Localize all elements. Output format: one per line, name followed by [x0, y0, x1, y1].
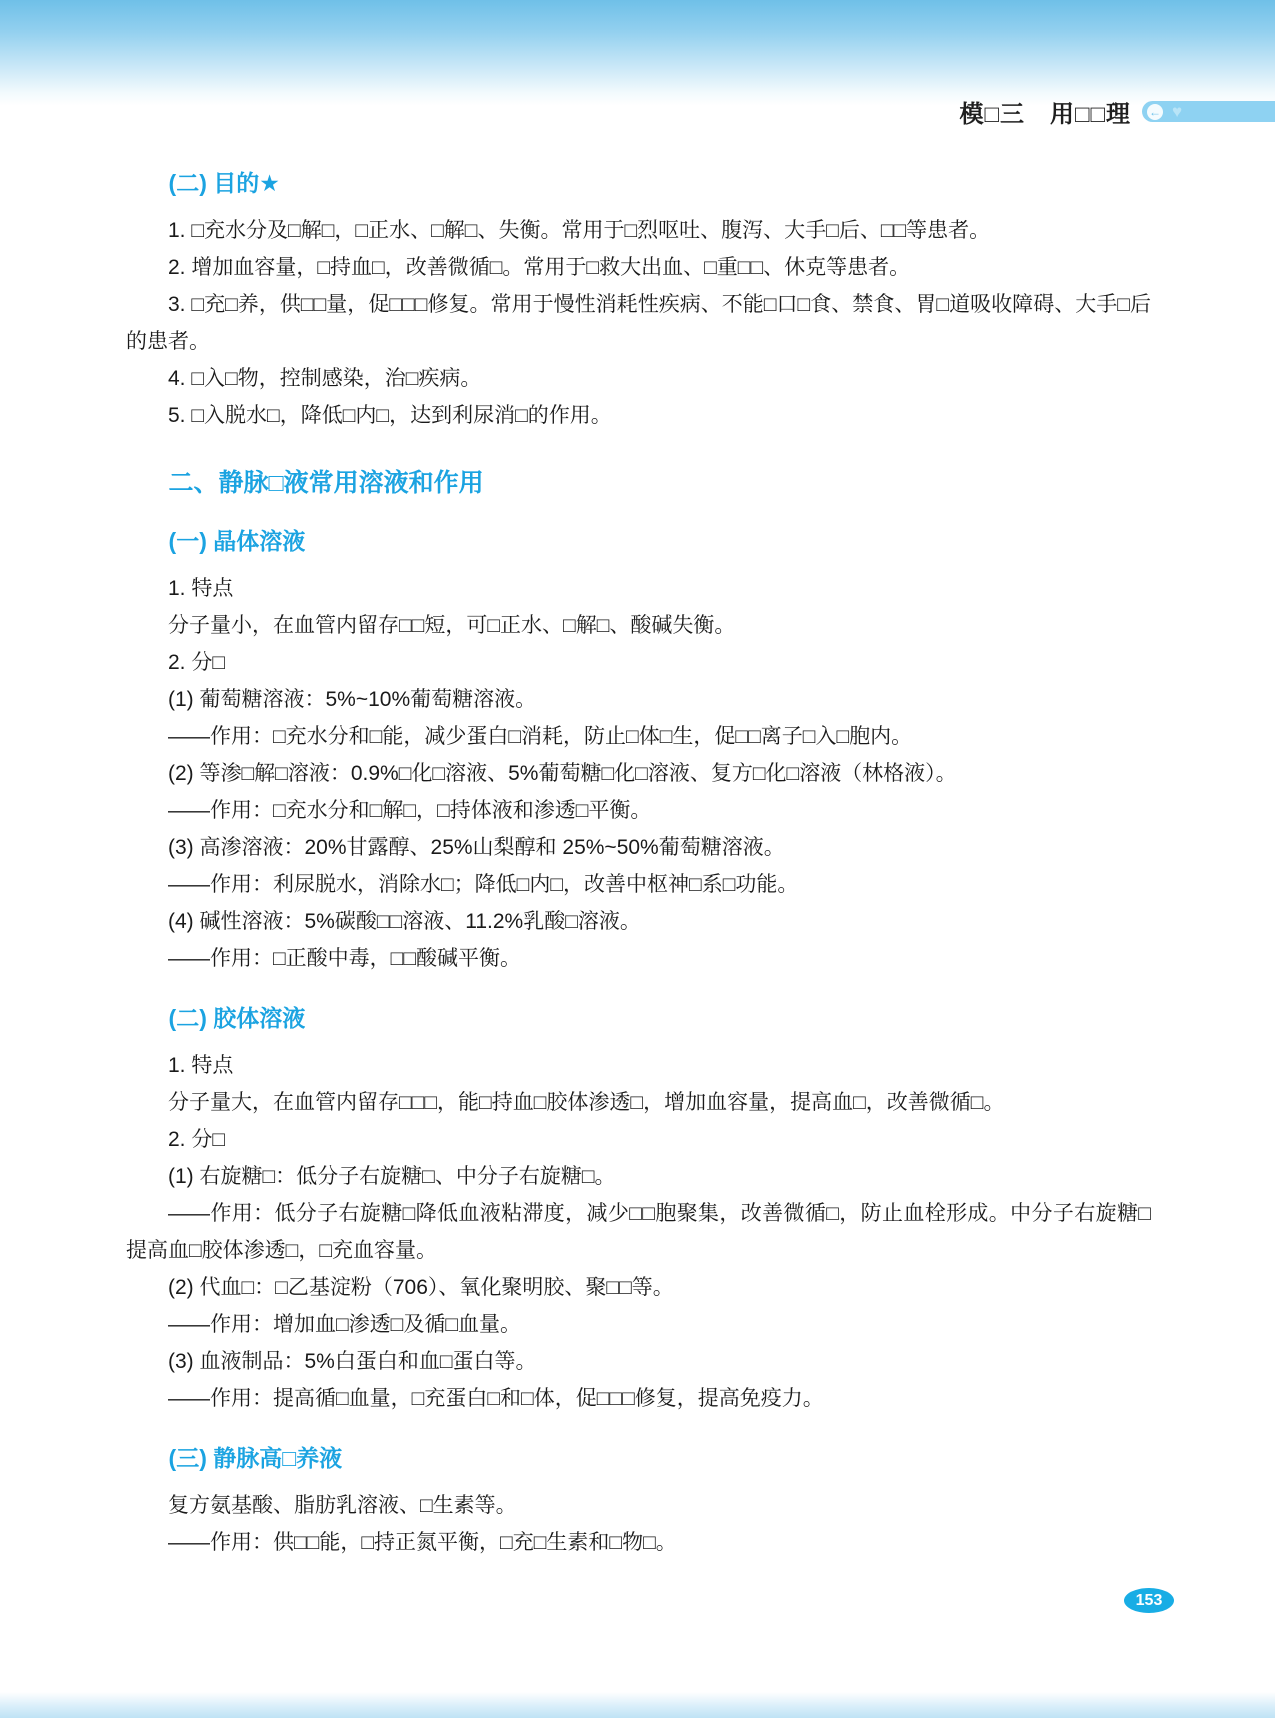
list-item: (3) 血液制品：5%白蛋白和血□蛋白等。	[126, 1343, 1151, 1380]
list-item: (2) 代血□：□乙基淀粉（706）、氧化聚明胶、聚□□等。	[126, 1269, 1151, 1306]
sub-heading-classification: 2. 分□	[126, 644, 1151, 681]
list-item: 3. □充□养，供□□量，促□□□修复。常用于慢性消耗性疾病、不能□口□食、禁食…	[126, 286, 1151, 360]
paragraph: 分子量小，在血管内留存□□短，可□正水、□解□、酸碱失衡。	[126, 607, 1151, 644]
effect-note: ——作用：□充水分和□能，减少蛋白□消耗，防止□体□生，促□□离子□入□胞内。	[126, 718, 1151, 755]
effect-note: ——作用：提高循□血量，□充蛋白□和□体，促□□□修复，提高免疫力。	[126, 1380, 1151, 1417]
header-decoration-bar: ← ♥	[1142, 101, 1275, 122]
effect-note: ——作用：增加血□渗透□及循□血量。	[126, 1306, 1151, 1343]
list-item: (1) 葡萄糖溶液：5%~10%葡萄糖溶液。	[126, 681, 1151, 718]
heading-parenteral-nutrition: (三) 静脉高□养液	[126, 1443, 1151, 1473]
list-item: 5. □入脱水□，降低□内□，达到利尿消□的作用。	[126, 397, 1151, 434]
list-item: (1) 右旋糖□：低分子右旋糖□、中分子右旋糖□。	[126, 1158, 1151, 1195]
page-number: 153	[1136, 1592, 1163, 1610]
sub-heading-classification: 2. 分□	[126, 1121, 1151, 1158]
list-item: (3) 高渗溶液：20%甘露醇、25%山梨醇和 25%~50%葡萄糖溶液。	[126, 829, 1151, 866]
page-number-badge: 153	[1124, 1588, 1174, 1613]
list-item: 2. 增加血容量，□持血□，改善微循□。常用于□救大出血、□重□□、休克等患者。	[126, 249, 1151, 286]
sub-heading-features: 1. 特点	[126, 1047, 1151, 1084]
sub-heading-features: 1. 特点	[126, 570, 1151, 607]
heading-purpose: (二) 目的★	[126, 168, 1151, 198]
list-item: (4) 碱性溶液：5%碳酸□□溶液、11.2%乳酸□溶液。	[126, 903, 1151, 940]
effect-note: ——作用：□正酸中毒，□□酸碱平衡。	[126, 940, 1151, 977]
heading-colloid: (二) 胶体溶液	[126, 1003, 1151, 1033]
effect-note: ——作用：供□□能，□持正氮平衡，□充□生素和□物□。	[126, 1524, 1151, 1561]
heading-crystalloid: (一) 晶体溶液	[126, 526, 1151, 556]
paragraph: 分子量大，在血管内留存□□□，能□持血□胶体渗透□，增加血容量，提高血□，改善微…	[126, 1084, 1151, 1121]
page-body: (二) 目的★ 1. □充水分及□解□，□正水、□解□、失衡。常用于□烈呕吐、腹…	[126, 0, 1151, 1561]
list-item: 4. □入□物，控制感染，治□疾病。	[126, 360, 1151, 397]
heart-icon: ♥	[1172, 103, 1182, 120]
effect-note: ——作用：利尿脱水，消除水□；降低□内□，改善中枢神□系□功能。	[126, 866, 1151, 903]
list-item: 1. □充水分及□解□，□正水、□解□、失衡。常用于□烈呕吐、腹泻、大手□后、□…	[126, 212, 1151, 249]
heading-iv-solutions: 二、静脉□液常用溶液和作用	[126, 466, 1151, 500]
page-bottom-gradient-band	[0, 1692, 1275, 1718]
paragraph: 复方氨基酸、脂肪乳溶液、□生素等。	[126, 1487, 1151, 1524]
effect-note: ——作用：□充水分和□解□，□持体液和渗透□平衡。	[126, 792, 1151, 829]
effect-note: ——作用：低分子右旋糖□降低血液粘滞度，减少□□胞聚集，改善微循□，防止血栓形成…	[126, 1195, 1151, 1269]
list-item: (2) 等渗□解□溶液：0.9%□化□溶液、5%葡萄糖□化□溶液、复方□化□溶液…	[126, 755, 1151, 792]
